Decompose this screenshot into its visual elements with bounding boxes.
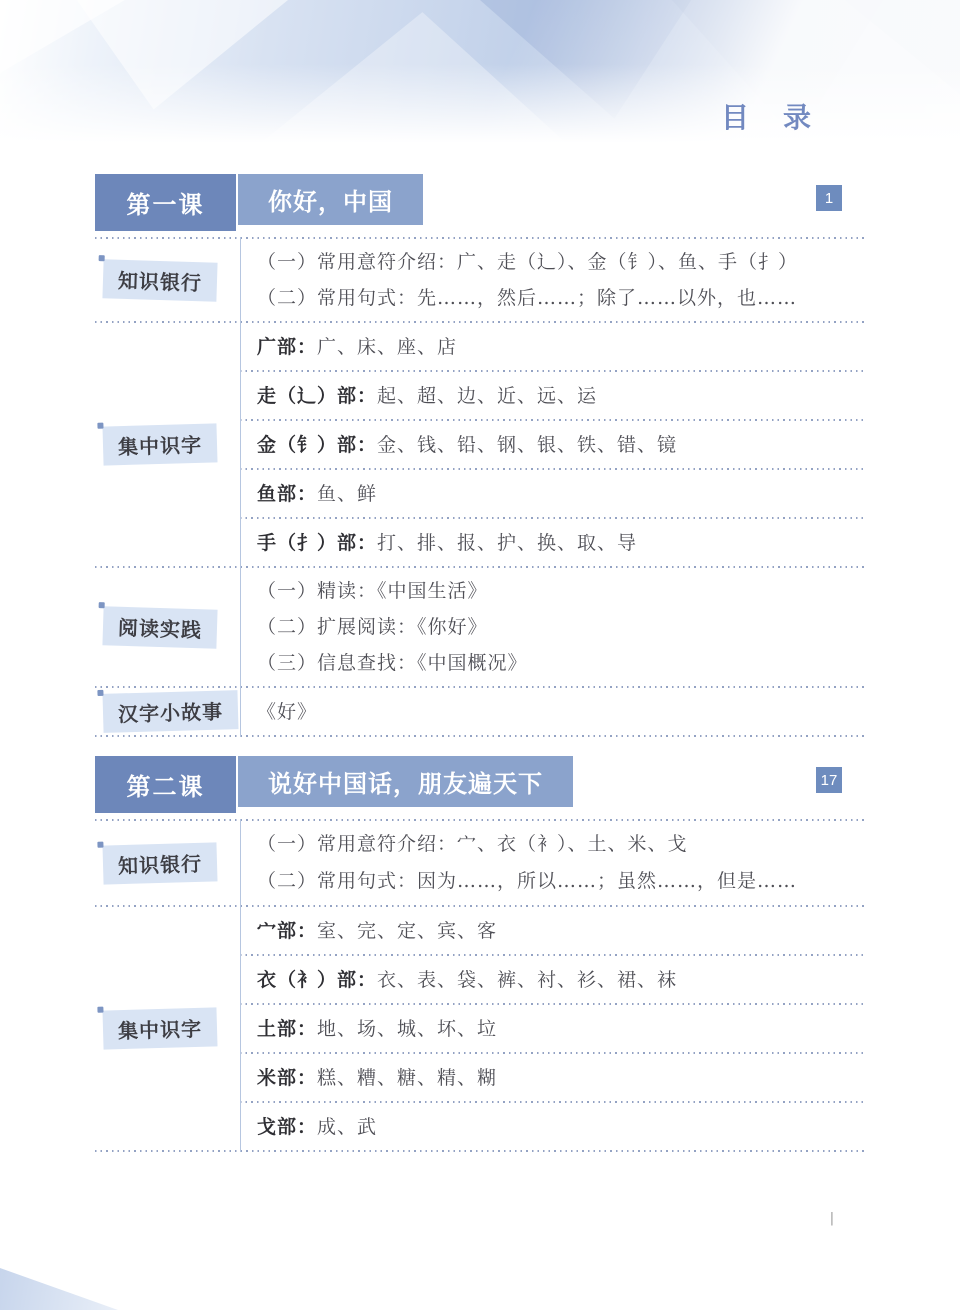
line-lead: （一） — [257, 833, 317, 855]
lesson-number-box: 第一课 — [95, 174, 236, 231]
page-number-badge: 17 — [816, 767, 842, 793]
section-tag-label: 知识银行 — [118, 853, 203, 877]
toc-line: （一）常用意符介绍：广、走（辶）、金（钅）、鱼、手（扌） — [257, 244, 865, 280]
line-lead: 戈部： — [257, 1116, 317, 1138]
table-row: （一）常用意符介绍：广、走（辶）、金（钅）、鱼、手（扌） （二）常用句式：先……… — [240, 239, 865, 321]
line-text: 衣、表、袋、裤、衬、衫、裙、袜 — [377, 969, 677, 991]
lesson-1-header: 第一课 你好，中国 1 — [95, 174, 865, 231]
line-lead: （二） — [257, 870, 317, 892]
table-row: 走（辶）部：起、超、边、近、远、运 — [240, 372, 865, 419]
section-label-cell: 知识银行 — [95, 821, 240, 905]
toc-line: （二）扩展阅读：《你好》 — [257, 609, 865, 645]
line-lead: 鱼部： — [257, 483, 317, 505]
line-text: 常用意符介绍：宀、衣（衤）、土、米、戈 — [317, 833, 688, 855]
table-row: 衣（衤）部：衣、表、袋、裤、衬、衫、裙、袜 — [240, 956, 865, 1003]
section-content-cell: 《好》 — [240, 688, 865, 735]
line-lead: （一） — [257, 251, 317, 273]
lesson-1-block: 第一课 你好，中国 1 知识银行 （一）常用意符介绍：广、走（辶）、金（钅）、鱼… — [95, 174, 865, 737]
section-label-cell: 集中识字 — [95, 907, 240, 1150]
line-text: 信息查找：《中国概况》 — [317, 652, 528, 674]
line-text: 地、场、城、坏、垃 — [317, 1018, 497, 1040]
table-row: 土部：地、场、城、坏、垃 — [240, 1005, 865, 1052]
section-content-cell: （一）常用意符介绍：广、走（辶）、金（钅）、鱼、手（扌） （二）常用句式：先……… — [240, 239, 865, 321]
toc-line: （二）常用句式：先……，然后……；除了……以外，也…… — [257, 280, 865, 316]
toc-line: 鱼部：鱼、鲜 — [257, 476, 865, 512]
line-lead: 米部： — [257, 1067, 317, 1089]
table-row: （一）精读：《中国生活》 （二）扩展阅读：《你好》 （三）信息查找：《中国概况》 — [240, 568, 865, 686]
corner-decoration — [0, 1268, 118, 1310]
section-content-cell: 广部：广、床、座、店 走（辶）部：起、超、边、近、远、运 金（钅）部：金、钱、铅… — [240, 323, 865, 566]
lesson-title-box: 你好，中国 — [238, 174, 423, 225]
line-lead: （二） — [257, 287, 317, 309]
toc-line: （三）信息查找：《中国概况》 — [257, 645, 865, 681]
table-row: 手（扌）部：打、排、报、护、换、取、导 — [240, 519, 865, 566]
toc-line: 米部：糕、糟、糖、精、糊 — [257, 1060, 865, 1096]
header-decoration-band — [0, 0, 960, 152]
line-lead: 走（辶）部： — [257, 385, 377, 407]
section-character-study: 集中识字 宀部：室、完、定、宾、客 衣（衤）部：衣、表、袋、裤、衬、衫、裙、袜 … — [95, 907, 865, 1150]
line-lead: （一） — [257, 580, 317, 602]
line-lead: 宀部： — [257, 920, 317, 942]
pin-dot-icon — [97, 423, 103, 429]
toc-line: 衣（衤）部：衣、表、袋、裤、衬、衫、裙、袜 — [257, 962, 865, 998]
section-tag-character-study: 集中识字 — [102, 1007, 217, 1049]
line-text: 精读：《中国生活》 — [317, 580, 488, 602]
toc-line: 宀部：室、完、定、宾、客 — [257, 913, 865, 949]
toc-line: 戈部：成、武 — [257, 1109, 865, 1145]
section-reading-practice: 阅读实践 （一）精读：《中国生活》 （二）扩展阅读：《你好》 （三）信息查找：《… — [95, 568, 865, 686]
line-text: 常用句式：因为……，所以……；虽然……，但是…… — [317, 870, 797, 892]
band-fade — [0, 0, 960, 152]
section-label-cell: 阅读实践 — [95, 568, 240, 686]
pin-dot-icon — [97, 1007, 103, 1013]
section-tag-label: 阅读实践 — [118, 617, 203, 642]
line-lead: 金（钅）部： — [257, 434, 377, 456]
lesson-title-box: 说好中国话，朋友遍天下 — [238, 756, 573, 807]
section-character-story: 汉字小故事 《好》 — [95, 688, 865, 735]
line-lead: 衣（衤）部： — [257, 969, 377, 991]
lesson-2-block: 第二课 说好中国话，朋友遍天下 17 知识银行 （一）常用意符介绍：宀、衣（衤）… — [95, 756, 865, 1152]
table-row: 米部：糕、糟、糖、精、糊 — [240, 1054, 865, 1101]
section-tag-character-story: 汉字小故事 — [102, 690, 238, 733]
section-character-study: 集中识字 广部：广、床、座、店 走（辶）部：起、超、边、近、远、运 金（钅）部：… — [95, 323, 865, 566]
toc-line: 《好》 — [257, 694, 865, 730]
column-divider — [240, 819, 241, 1152]
line-text: 糕、糟、糖、精、糊 — [317, 1067, 497, 1089]
table-row: 戈部：成、武 — [240, 1103, 865, 1150]
section-label-cell: 集中识字 — [95, 323, 240, 566]
section-tag-knowledge-bank: 知识银行 — [102, 259, 217, 302]
line-text: 扩展阅读：《你好》 — [317, 616, 488, 638]
table-row: 鱼部：鱼、鲜 — [240, 470, 865, 517]
section-tag-knowledge-bank: 知识银行 — [102, 842, 217, 884]
toc-line: （一）常用意符介绍：宀、衣（衤）、土、米、戈 — [257, 826, 865, 863]
section-tag-label: 知识银行 — [118, 270, 203, 295]
toc-line: （一）精读：《中国生活》 — [257, 573, 865, 609]
lesson-2-header: 第二课 说好中国话，朋友遍天下 17 — [95, 756, 865, 813]
toc-line: 土部：地、场、城、坏、垃 — [257, 1011, 865, 1047]
section-tag-label: 集中识字 — [118, 1019, 203, 1043]
pin-dot-icon — [99, 255, 105, 261]
section-tag-character-study: 集中识字 — [102, 423, 217, 465]
table-row: 金（钅）部：金、钱、铅、钢、银、铁、错、镜 — [240, 421, 865, 468]
line-text: 金、钱、铅、钢、银、铁、错、镜 — [377, 434, 677, 456]
toc-page: 目 录 第一课 你好，中国 1 知识银行 （一）常用意符介绍：广、 — [0, 0, 960, 1310]
line-text: 广、床、座、店 — [317, 336, 457, 358]
column-divider — [240, 237, 241, 737]
lesson-2-table: 知识银行 （一）常用意符介绍：宀、衣（衤）、土、米、戈 （二）常用句式：因为……… — [95, 819, 865, 1152]
toc-line: 金（钅）部：金、钱、铅、钢、银、铁、错、镜 — [257, 427, 865, 463]
section-label-cell: 汉字小故事 — [95, 688, 240, 735]
pin-dot-icon — [97, 841, 103, 847]
pin-dot-icon — [99, 602, 105, 608]
section-knowledge-bank: 知识银行 （一）常用意符介绍：宀、衣（衤）、土、米、戈 （二）常用句式：因为……… — [95, 821, 865, 905]
line-text: 成、武 — [317, 1116, 377, 1138]
lesson-number-box: 第二课 — [95, 756, 236, 813]
line-text: 起、超、边、近、远、运 — [377, 385, 597, 407]
toc-line: （二）常用句式：因为……，所以……；虽然……，但是…… — [257, 863, 865, 900]
section-tag-label: 汉字小故事 — [118, 702, 224, 727]
line-text: 《好》 — [257, 701, 317, 723]
toc-line: 广部：广、床、座、店 — [257, 329, 865, 365]
line-text: 室、完、定、宾、客 — [317, 920, 497, 942]
line-text: 鱼、鲜 — [317, 483, 377, 505]
line-lead: （二） — [257, 616, 317, 638]
lesson-1-table: 知识银行 （一）常用意符介绍：广、走（辶）、金（钅）、鱼、手（扌） （二）常用句… — [95, 237, 865, 737]
section-content-cell: （一）精读：《中国生活》 （二）扩展阅读：《你好》 （三）信息查找：《中国概况》 — [240, 568, 865, 686]
line-text: 常用句式：先……，然后……；除了……以外，也…… — [317, 287, 797, 309]
line-text: 打、排、报、护、换、取、导 — [377, 532, 637, 554]
line-text: 常用意符介绍：广、走（辶）、金（钅）、鱼、手（扌） — [317, 251, 798, 273]
section-label-cell: 知识银行 — [95, 239, 240, 321]
table-row: （一）常用意符介绍：宀、衣（衤）、土、米、戈 （二）常用句式：因为……，所以……… — [240, 821, 865, 905]
page-title: 目 录 — [721, 96, 814, 136]
section-content-cell: 宀部：室、完、定、宾、客 衣（衤）部：衣、表、袋、裤、衬、衫、裙、袜 土部：地、… — [240, 907, 865, 1150]
line-lead: （三） — [257, 652, 317, 674]
line-lead: 手（扌）部： — [257, 532, 377, 554]
section-tag-reading-practice: 阅读实践 — [102, 606, 217, 649]
section-content-cell: （一）常用意符介绍：宀、衣（衤）、土、米、戈 （二）常用句式：因为……，所以……… — [240, 821, 865, 905]
section-knowledge-bank: 知识银行 （一）常用意符介绍：广、走（辶）、金（钅）、鱼、手（扌） （二）常用句… — [95, 239, 865, 321]
table-row: 广部：广、床、座、店 — [240, 323, 865, 370]
line-lead: 土部： — [257, 1018, 317, 1040]
footer-page-marker: | — [828, 1211, 836, 1226]
line-lead: 广部： — [257, 336, 317, 358]
pin-dot-icon — [97, 690, 103, 696]
dotted-separator — [95, 735, 865, 737]
table-row: 《好》 — [240, 688, 865, 735]
table-row: 宀部：室、完、定、宾、客 — [240, 907, 865, 954]
toc-line: 手（扌）部：打、排、报、护、换、取、导 — [257, 525, 865, 561]
page-number-badge: 1 — [816, 185, 842, 211]
dotted-separator — [95, 1150, 865, 1152]
toc-line: 走（辶）部：起、超、边、近、远、运 — [257, 378, 865, 414]
section-tag-label: 集中识字 — [118, 435, 203, 459]
